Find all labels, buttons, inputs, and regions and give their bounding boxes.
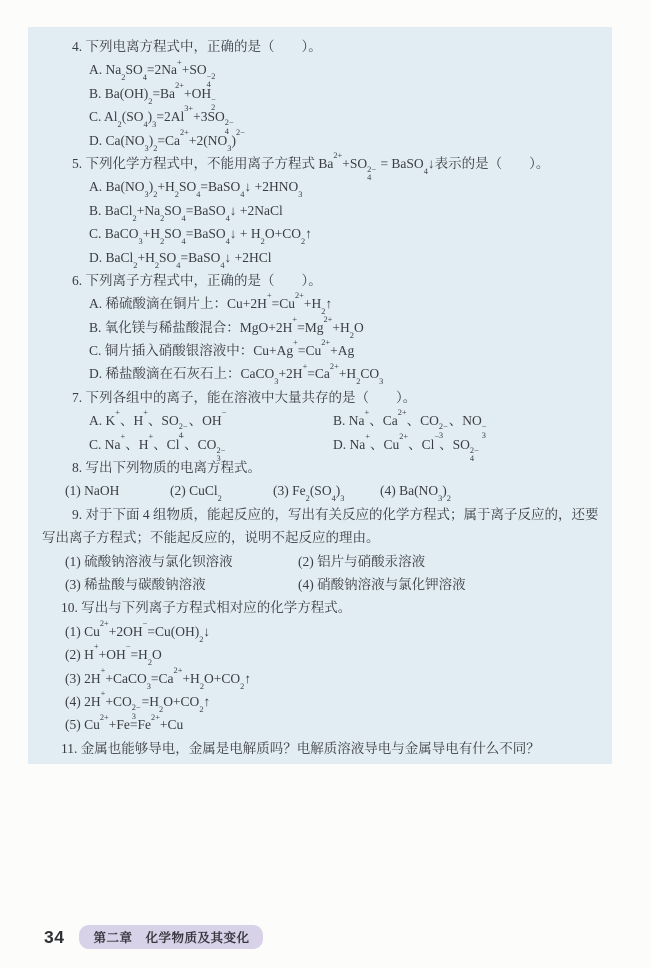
q6-option-b: B. 氧化镁与稀盐酸混合：MgO+2H+=Mg2++H2O [28, 316, 612, 339]
q10-item-5: (5) Cu2++Fe=Fe2++Cu [28, 713, 612, 736]
exercise-content-area: 4. 下列电离方程式中，正确的是（ ）。 A. Na2SO4=2Na++SO−2… [28, 27, 612, 764]
q4-option-a: A. Na2SO4=2Na++SO−24 [28, 58, 612, 81]
q5-option-a: A. Ba(NO3)2+H2SO4=BaSO4↓ +2HNO3 [28, 175, 612, 198]
q7-stem: 7. 下列各组中的离子，能在溶液中大量共存的是（ ）。 [28, 386, 612, 409]
q5-option-d: D. BaCl2+H2SO4=BaSO4↓ +2HCl [28, 246, 612, 269]
q7-options-row-1: A. K+、H+、SO2−4、OH− B. Na+、Ca2+、CO2−3、NO−… [28, 409, 612, 432]
q6-option-d: D. 稀盐酸滴在石灰石上：CaCO3+2H+=Ca2++H2CO3 [28, 362, 612, 385]
q8-item-4: (4) Ba(NO3)2 [380, 479, 451, 502]
q7-option-b: B. Na+、Ca2+、CO2−3、NO−3 [333, 409, 488, 432]
q7-option-d: D. Na+、Cu2+、Cl−、SO2−4 [333, 433, 480, 456]
q8-item-1: (1) NaOH [65, 479, 170, 502]
q4-stem: 4. 下列电离方程式中，正确的是（ ）。 [28, 35, 612, 58]
chapter-badge: 第二章 化学物质及其变化 [79, 925, 263, 949]
q8-item-3: (3) Fe2(SO4)3 [273, 479, 380, 502]
q9-items-row-2: (3) 稀盐酸与碳酸钠溶液 (4) 硝酸钠溶液与氯化钾溶液 [28, 573, 612, 596]
q5-option-c: C. BaCO3+H2SO4=BaSO4↓ + H2O+CO2↑ [28, 222, 612, 245]
q5-option-b: B. BaCl2+Na2SO4=BaSO4↓ +2NaCl [28, 199, 612, 222]
q9-items-row-1: (1) 硫酸钠溶液与氯化钡溶液 (2) 铝片与硝酸汞溶液 [28, 550, 612, 573]
q6-option-c: C. 铜片插入硝酸银溶液中：Cu+Ag+=Cu2++Ag [28, 339, 612, 362]
q10-item-3: (3) 2H++CaCO3=Ca2++H2O+CO2↑ [28, 667, 612, 690]
page-number: 34 [44, 927, 64, 948]
q9-stem: 9. 对于下面 4 组物质，能起反应的，写出有关反应的化学方程式；属于离子反应的… [42, 503, 604, 550]
q9-item-4: (4) 硝酸钠溶液与氯化钾溶液 [298, 573, 466, 596]
q7-option-c: C. Na+、H+、Cl−、CO2−3 [89, 433, 333, 456]
q10-item-2: (2) H++OH−=H2O [28, 643, 612, 666]
q4-option-c: C. Al2(SO4)3=2Al3++3SO2−4 [28, 105, 612, 128]
q8-stem: 8. 写出下列物质的电离方程式。 [28, 456, 612, 479]
textbook-page: 4. 下列电离方程式中，正确的是（ ）。 A. Na2SO4=2Na++SO−2… [0, 0, 650, 968]
q11-stem: 11. 金属也能够导电，金属是电解质吗？电解质溶液导电与金属导电有什么不同？ [28, 737, 612, 760]
q4-option-d: D. Ca(NO3)2=Ca2++2(NO3)2− [28, 129, 612, 152]
q7-option-a: A. K+、H+、SO2−4、OH− [89, 409, 333, 432]
q6-option-a: A. 稀硫酸滴在铜片上：Cu+2H+=Cu2++H2↑ [28, 292, 612, 315]
q6-stem: 6. 下列离子方程式中，正确的是（ ）。 [28, 269, 612, 292]
q5-stem: 5. 下列化学方程式中，不能用离子方程式 Ba2++SO2−4 = BaSO4↓… [28, 152, 612, 175]
q9-item-3: (3) 稀盐酸与碳酸钠溶液 [65, 573, 298, 596]
q9-item-2: (2) 铝片与硝酸汞溶液 [298, 550, 425, 573]
q8-items-row: (1) NaOH (2) CuCl2 (3) Fe2(SO4)3 (4) Ba(… [28, 479, 612, 502]
q4-option-b: B. Ba(OH)2=Ba2++OH−2 [28, 82, 612, 105]
q7-options-row-2: C. Na+、H+、Cl−、CO2−3 D. Na+、Cu2+、Cl−、SO2−… [28, 433, 612, 456]
q10-item-1: (1) Cu2++2OH−=Cu(OH)2↓ [28, 620, 612, 643]
q8-item-2: (2) CuCl2 [170, 479, 273, 502]
q9-item-1: (1) 硫酸钠溶液与氯化钡溶液 [65, 550, 298, 573]
page-footer: 34 第二章 化学物质及其变化 [44, 925, 263, 949]
q10-item-4: (4) 2H++CO2−3=H2O+CO2↑ [28, 690, 612, 713]
q10-stem: 10. 写出与下列离子方程式相对应的化学方程式。 [28, 596, 612, 619]
